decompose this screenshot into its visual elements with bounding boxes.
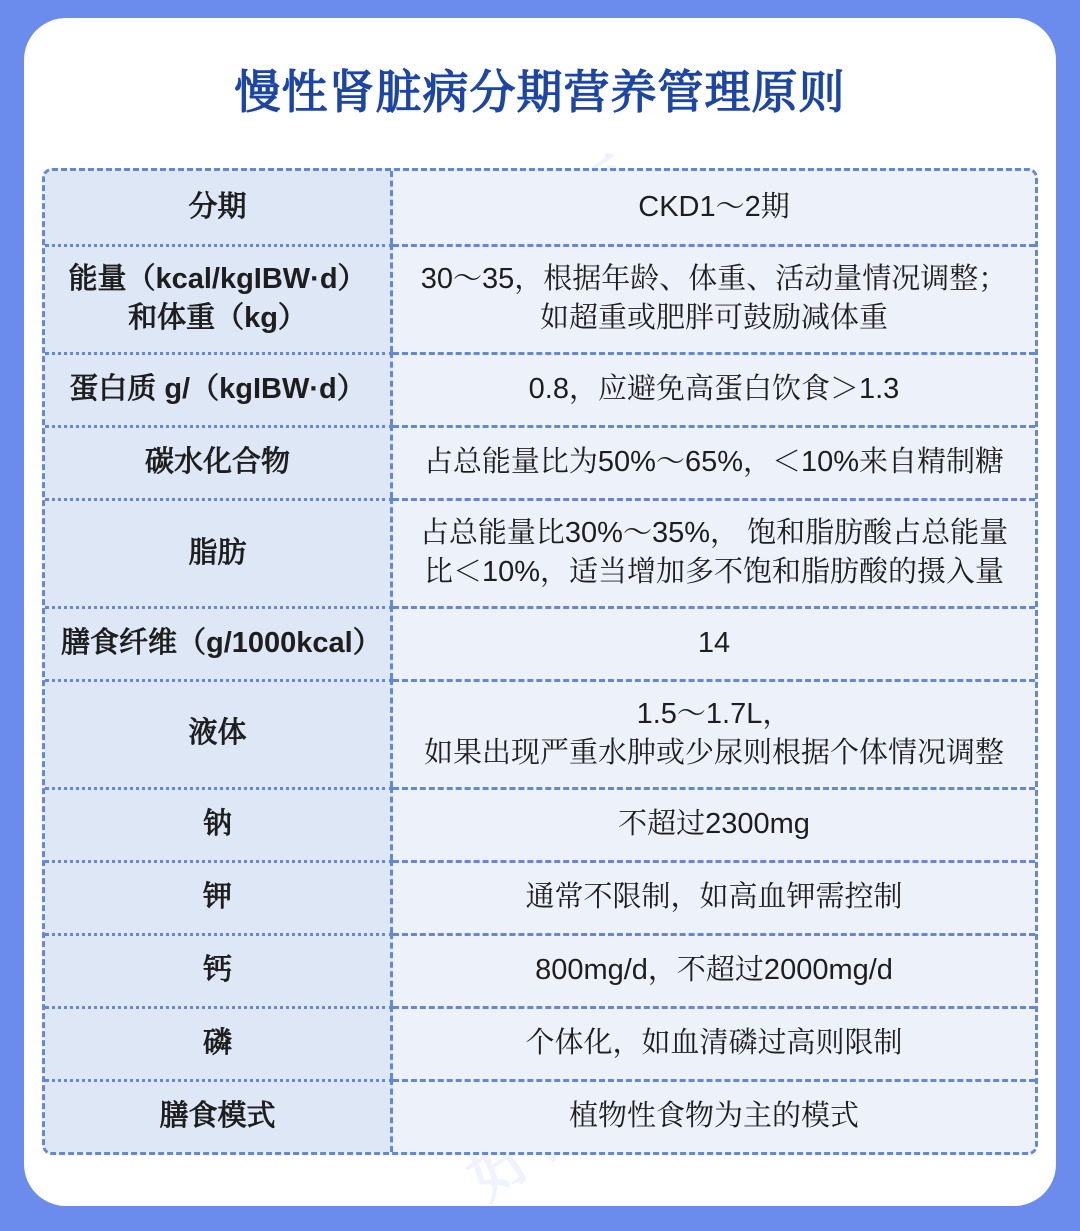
row-label: 钾 <box>45 860 393 933</box>
row-label: 蛋白质 g/（kgIBW·d） <box>45 352 393 425</box>
row-value: 14 <box>393 606 1035 679</box>
table-row: 蛋白质 g/（kgIBW·d）0.8，应避免高蛋白饮食＞1.3 <box>45 352 1035 425</box>
nutrition-table: 分期CKD1～2期能量（kcal/kgIBW·d） 和体重（kg）30～35，根… <box>42 168 1038 1155</box>
row-label: 膳食纤维（g/1000kcal） <box>45 606 393 679</box>
table-row: 能量（kcal/kgIBW·d） 和体重（kg）30～35，根据年龄、体重、活动… <box>45 244 1035 352</box>
row-value: 占总能量比30%～35%， 饱和脂肪酸占总能量 比＜10%，适当增加多不饱和脂肪… <box>393 498 1035 606</box>
row-value: 植物性食物为主的模式 <box>393 1079 1035 1152</box>
table-row: 脂肪占总能量比30%～35%， 饱和脂肪酸占总能量 比＜10%，适当增加多不饱和… <box>45 498 1035 606</box>
infographic-card: 好肾医 好肾医 好肾医 好肾医 好肾医 好肾医 好肾医 慢性肾脏病分期营养管理原… <box>24 18 1056 1206</box>
table-row: 碳水化合物占总能量比为50%～65%，＜10%来自精制糖 <box>45 425 1035 498</box>
row-label: 膳食模式 <box>45 1079 393 1152</box>
row-value: 个体化，如血清磷过高则限制 <box>393 1006 1035 1079</box>
table-row: 膳食模式植物性食物为主的模式 <box>45 1079 1035 1152</box>
row-value: 不超过2300mg <box>393 787 1035 860</box>
row-value: 30～35，根据年龄、体重、活动量情况调整； 如超重或肥胖可鼓励减体重 <box>393 244 1035 352</box>
row-value: 1.5～1.7L， 如果出现严重水肿或少尿则根据个体情况调整 <box>393 679 1035 787</box>
table-row: 磷个体化，如血清磷过高则限制 <box>45 1006 1035 1079</box>
row-value: 占总能量比为50%～65%，＜10%来自精制糖 <box>393 425 1035 498</box>
row-label: 钠 <box>45 787 393 860</box>
table-row: 钾通常不限制，如高血钾需控制 <box>45 860 1035 933</box>
row-label: 能量（kcal/kgIBW·d） 和体重（kg） <box>45 244 393 352</box>
row-label: 钙 <box>45 933 393 1006</box>
page-title: 慢性肾脏病分期营养管理原则 <box>24 56 1056 122</box>
table-row: 钙800mg/d，不超过2000mg/d <box>45 933 1035 1006</box>
row-label: 脂肪 <box>45 498 393 606</box>
row-value: 800mg/d，不超过2000mg/d <box>393 933 1035 1006</box>
row-label: 磷 <box>45 1006 393 1079</box>
row-label: 碳水化合物 <box>45 425 393 498</box>
table-row: 液体1.5～1.7L， 如果出现严重水肿或少尿则根据个体情况调整 <box>45 679 1035 787</box>
row-value: CKD1～2期 <box>393 171 1035 244</box>
table-row: 膳食纤维（g/1000kcal）14 <box>45 606 1035 679</box>
row-label: 液体 <box>45 679 393 787</box>
row-label: 分期 <box>45 171 393 244</box>
row-value: 通常不限制，如高血钾需控制 <box>393 860 1035 933</box>
table-row: 钠不超过2300mg <box>45 787 1035 860</box>
table-row: 分期CKD1～2期 <box>45 171 1035 244</box>
row-value: 0.8，应避免高蛋白饮食＞1.3 <box>393 352 1035 425</box>
